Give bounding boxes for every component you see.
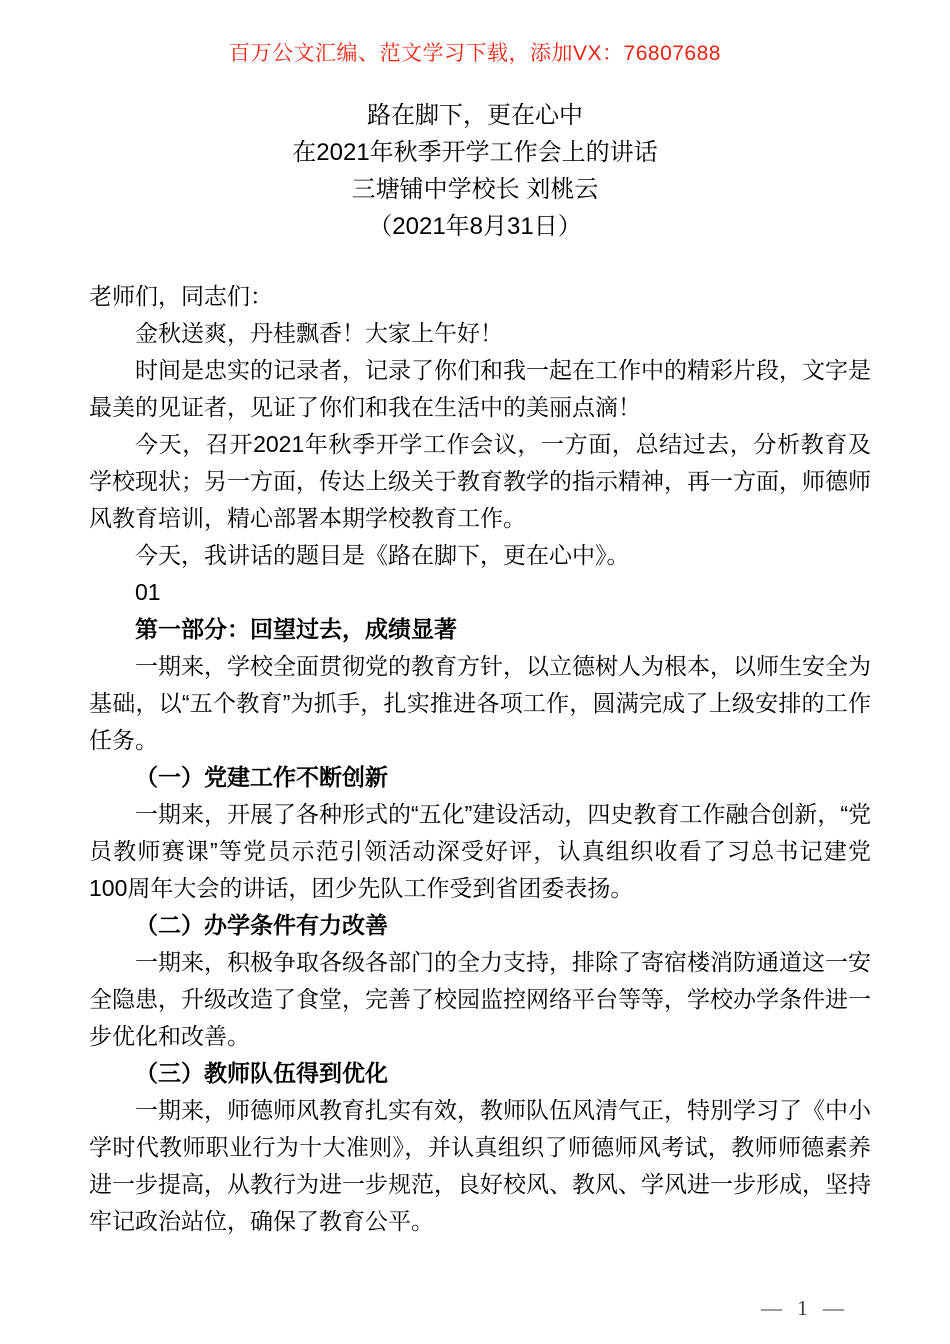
- paragraph: 今天，我讲话的题目是《路在脚下，更在心中》。: [89, 537, 871, 574]
- paragraph: 老师们，同志们：: [89, 278, 871, 315]
- page-number: — 1 —: [761, 1295, 845, 1321]
- date-line: （2021年8月31日）: [0, 208, 950, 245]
- paragraph: 01: [89, 574, 871, 611]
- paragraph: 一期来，学校全面贯彻党的教育方针，以立德树人为根本，以师生安全为基础，以“五个教…: [89, 648, 871, 759]
- paragraph: 时间是忠实的记录者，记录了你们和我一起在工作中的精彩片段，文字是最美的见证者，见…: [89, 352, 871, 426]
- document-body: 老师们，同志们：金秋送爽，丹桂飘香！大家上午好！时间是忠实的记录者，记录了你们和…: [89, 278, 871, 1240]
- document-title: 路在脚下，更在心中: [0, 97, 950, 134]
- document-subtitle: 在2021年秋季开学工作会上的讲话: [0, 134, 950, 171]
- title-block: 路在脚下，更在心中 在2021年秋季开学工作会上的讲话 三塘铺中学校长 刘桃云 …: [0, 97, 950, 245]
- section-heading: （一）党建工作不断创新: [89, 759, 871, 796]
- paragraph: 一期来，积极争取各级各部门的全力支持，排除了寄宿楼消防通道这一安全隐患，升级改造…: [89, 944, 871, 1055]
- paragraph: 一期来，开展了各种形式的“五化”建设活动，四史教育工作融合创新，“党员教师赛课”…: [89, 796, 871, 907]
- paragraph: 金秋送爽，丹桂飘香！大家上午好！: [89, 315, 871, 352]
- section-heading: （二）办学条件有力改善: [89, 907, 871, 944]
- document-page: 百万公文汇编、范文学习下载，添加VX：76807688 路在脚下，更在心中 在2…: [0, 0, 950, 1344]
- section-heading: （三）教师队伍得到优化: [89, 1055, 871, 1092]
- speaker-line: 三塘铺中学校长 刘桃云: [0, 171, 950, 208]
- section-heading: 第一部分：回望过去，成绩显著: [89, 611, 871, 648]
- promo-header-text: 百万公文汇编、范文学习下载，添加VX：76807688: [0, 40, 950, 68]
- paragraph: 一期来，师德师风教育扎实有效，教师队伍风清气正，特別学习了《中小学时代教师职业行…: [89, 1092, 871, 1240]
- paragraph: 今天，召开2021年秋季开学工作会议，一方面，总结过去，分析教育及学校现状；另一…: [89, 426, 871, 537]
